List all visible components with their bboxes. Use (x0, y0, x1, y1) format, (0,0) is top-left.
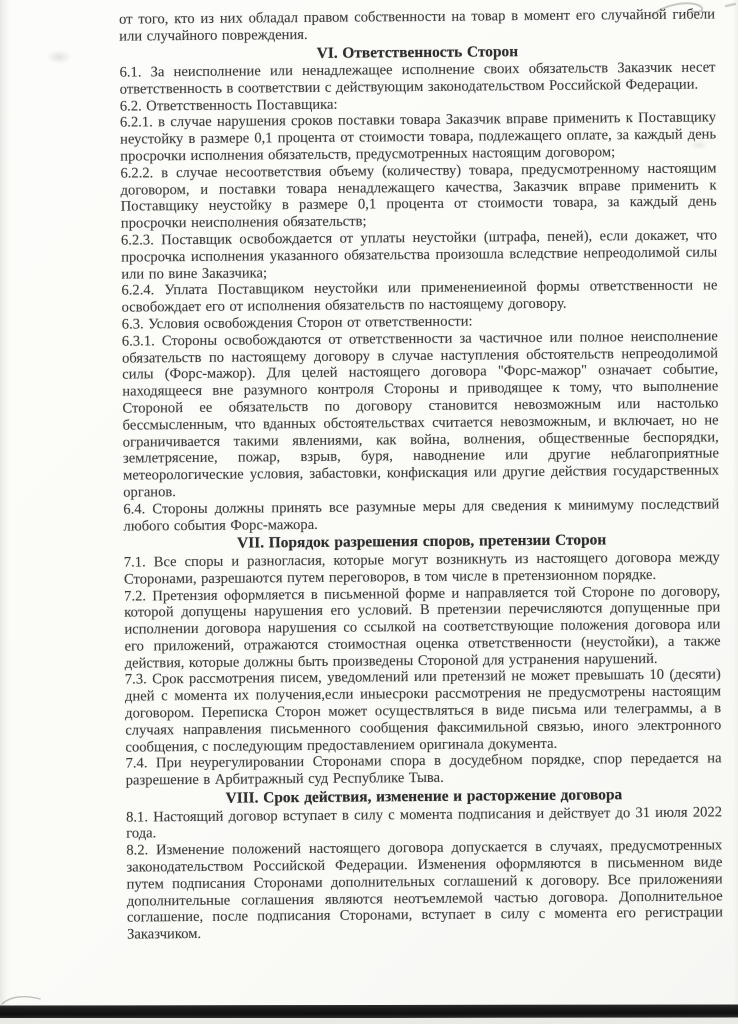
paragraph: 7.1. Все споры и разногласия, которые мо… (124, 549, 720, 588)
paragraph: 6.2.4. Уплата Поставщиком неустойки или … (121, 278, 717, 317)
paragraph: 7.4. При неурегулировании Сторонами спор… (126, 751, 722, 790)
paragraph: 6.2.2. в случае несоответствия объему (к… (120, 160, 717, 232)
paragraph: 6.4. Стороны должны принять все разумные… (123, 496, 719, 535)
right-edge-shadow (733, 0, 738, 1024)
paragraph: 6.3.1. Стороны освобождаются от ответств… (122, 328, 719, 501)
left-edge-shadow (0, 0, 10, 1024)
paragraph: 8.1. Настоящий договор вступает в силу с… (126, 804, 722, 843)
paragraph: 6.2.1. в случае нарушения сроков поставк… (120, 110, 716, 166)
scanned-contract-page: { "document": { "language": "ru", "kind"… (0, 0, 738, 1024)
paragraph: 7.2. Претензия оформляется в письменной … (124, 583, 721, 672)
paragraph: 8.2. Изменение положений настоящего дого… (126, 838, 723, 944)
below-scanner-strip (0, 1018, 738, 1024)
document-page-text: от того, кто из них обладал правом собст… (119, 6, 723, 943)
paragraph: 6.2.3. Поставщик освобождается от уплаты… (121, 227, 717, 283)
paragraph: от того, кто из них обладал правом собст… (119, 6, 715, 45)
paper-curl-mark (0, 994, 60, 1006)
paragraph: 7.3. Срок рассмотрения писем, уведомлени… (125, 667, 722, 756)
paragraph: 6.1. За неисполнение или ненадлежащее ис… (119, 59, 715, 98)
scanner-edge-bar (0, 1004, 738, 1018)
smudge (46, 50, 72, 64)
